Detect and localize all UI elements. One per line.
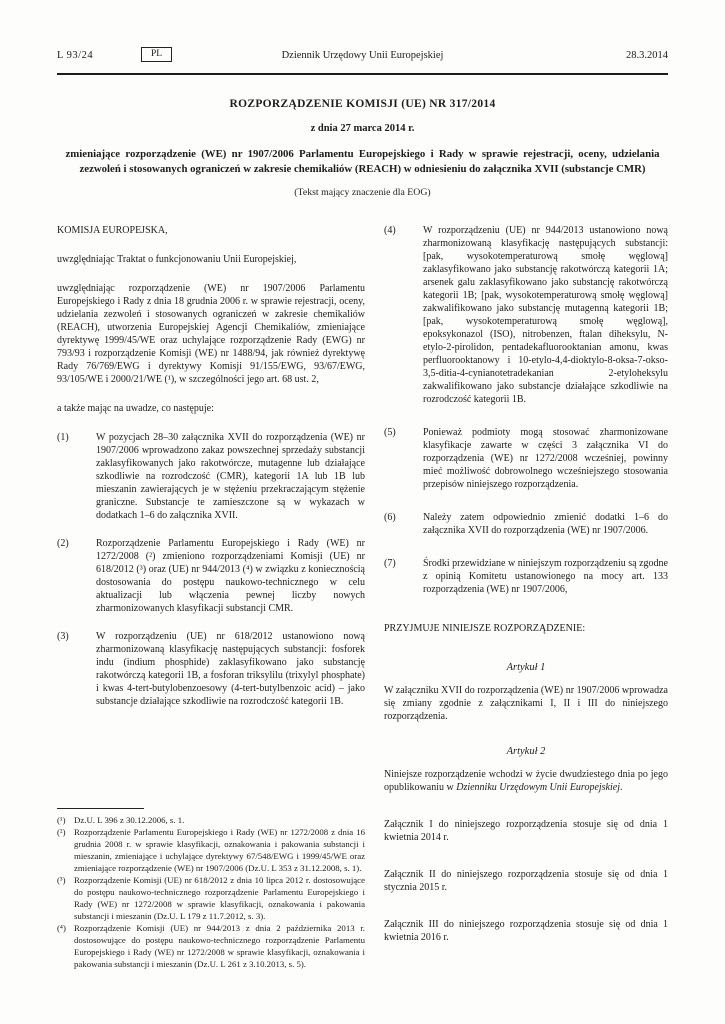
article-2-text-post: . <box>620 782 623 793</box>
footnote-4: (⁴) Rozporządzenie Komisji (UE) nr 944/2… <box>57 922 365 970</box>
recital-text: W pozycjach 28–30 załącznika XVII do roz… <box>96 431 365 522</box>
annex-iii-application: Załącznik III do niniejszego rozporządze… <box>384 918 668 944</box>
recital-1: (1) W pozycjach 28–30 załącznika XVII do… <box>57 431 365 522</box>
header-rule <box>57 73 668 75</box>
citation-regulation: uwzględniając rozporządzenie (WE) nr 190… <box>57 282 365 386</box>
recital-number: (7) <box>384 557 423 596</box>
recital-2: (2) Rozporządzenie Parlamentu Europejski… <box>57 537 365 615</box>
footnote-marker: (²) <box>57 826 74 874</box>
regulation-date-line: z dnia 27 marca 2014 r. <box>0 123 725 134</box>
recital-text: W rozporządzeniu (UE) nr 944/2013 ustano… <box>423 224 668 406</box>
footnote-text: Dz.U. L 396 z 30.12.2006, s. 1. <box>74 814 365 826</box>
page-header: L 93/24 PL Dziennik Urzędowy Unii Europe… <box>57 50 668 65</box>
footnote-text: Rozporządzenie Parlamentu Europejskiego … <box>74 826 365 874</box>
recital-number: (1) <box>57 431 96 522</box>
header-date: 28.3.2014 <box>626 50 668 61</box>
footnote-2: (²) Rozporządzenie Parlamentu Europejski… <box>57 826 365 874</box>
left-column: KOMISJA EUROPEJSKA, uwzględniając Trakta… <box>57 224 365 970</box>
recital-5: (5) Ponieważ podmioty mogą stosować zhar… <box>384 426 668 491</box>
regulation-subtitle: zmieniające rozporządzenie (WE) nr 1907/… <box>66 147 660 176</box>
recital-text: Ponieważ podmioty mogą stosować zharmoni… <box>423 426 668 491</box>
opening-phrase: KOMISJA EUROPEJSKA, <box>57 224 365 237</box>
citation-treaty: uwzględniając Traktat o funkcjonowaniu U… <box>57 253 365 266</box>
recital-3: (3) W rozporządzeniu (UE) nr 618/2012 us… <box>57 630 365 708</box>
article-2-text: Niniejsze rozporządzenie wchodzi w życie… <box>384 768 668 794</box>
title-block: ROZPORZĄDZENIE KOMISJI (UE) NR 317/2014 … <box>0 98 725 198</box>
eea-relevance-note: (Tekst mający znaczenie dla EOG) <box>0 187 725 198</box>
article-2-journal-name-italic: Dzienniku Urzędowym Unii Europejskiej <box>456 782 620 793</box>
regulation-title: ROZPORZĄDZENIE KOMISJI (UE) NR 317/2014 <box>0 98 725 110</box>
footnotes-section: (¹) Dz.U. L 396 z 30.12.2006, s. 1. (²) … <box>57 808 365 970</box>
article-1-text: W załączniku XVII do rozporządzenia (WE)… <box>384 684 668 723</box>
journal-title: Dziennik Urzędowy Unii Europejskiej <box>282 50 444 61</box>
language-code-badge: PL <box>141 47 172 62</box>
right-column: (4) W rozporządzeniu (UE) nr 944/2013 us… <box>384 224 668 970</box>
recital-number: (6) <box>384 511 423 537</box>
recital-7: (7) Środki przewidziane w niniejszym roz… <box>384 557 668 596</box>
footnote-text: Rozporządzenie Komisji (UE) nr 944/2013 … <box>74 922 365 970</box>
article-2-heading: Artykuł 2 <box>384 745 668 758</box>
recital-number: (4) <box>384 224 423 406</box>
footnote-separator-rule <box>57 808 144 809</box>
recital-number: (2) <box>57 537 96 615</box>
recital-number: (3) <box>57 630 96 708</box>
recital-4: (4) W rozporządzeniu (UE) nr 944/2013 us… <box>384 224 668 406</box>
recital-6: (6) Należy zatem odpowiednio zmienić dod… <box>384 511 668 537</box>
footnote-1: (¹) Dz.U. L 396 z 30.12.2006, s. 1. <box>57 814 365 826</box>
recital-text: W rozporządzeniu (UE) nr 618/2012 ustano… <box>96 630 365 708</box>
recital-text: Środki przewidziane w niniejszym rozporz… <box>423 557 668 596</box>
footnote-marker: (⁴) <box>57 922 74 970</box>
official-journal-page: L 93/24 PL Dziennik Urzędowy Unii Europe… <box>0 0 725 1024</box>
recital-number: (5) <box>384 426 423 491</box>
recital-text: Rozporządzenie Parlamentu Europejskiego … <box>96 537 365 615</box>
recital-text: Należy zatem odpowiednio zmienić dodatki… <box>423 511 668 537</box>
recitals-intro: a także mając na uwadze, co następuje: <box>57 402 365 415</box>
annex-ii-application: Załącznik II do niniejszego rozporządzen… <box>384 868 668 894</box>
footnote-3: (³) Rozporządzenie Komisji (UE) nr 618/2… <box>57 874 365 922</box>
annex-i-application: Załącznik I do niniejszego rozporządzeni… <box>384 818 668 844</box>
footnote-text: Rozporządzenie Komisji (UE) nr 618/2012 … <box>74 874 365 922</box>
two-column-body: KOMISJA EUROPEJSKA, uwzględniając Trakta… <box>57 224 668 970</box>
enacting-formula: PRZYJMUJE NINIEJSZE ROZPORZĄDZENIE: <box>384 622 668 635</box>
issue-reference: L 93/24 <box>57 50 93 61</box>
article-1-heading: Artykuł 1 <box>384 661 668 674</box>
footnote-marker: (³) <box>57 874 74 922</box>
footnote-marker: (¹) <box>57 814 74 826</box>
